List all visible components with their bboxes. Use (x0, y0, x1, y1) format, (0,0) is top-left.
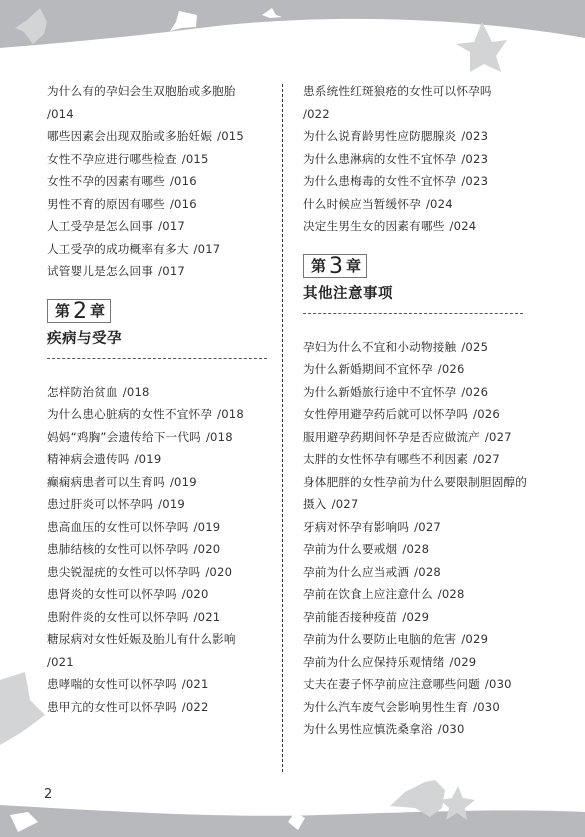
entry-page: /018 (217, 407, 244, 421)
toc-entry[interactable]: 女性停用避孕药后就可以怀孕吗/026 (303, 403, 528, 426)
toc-entry[interactable]: 为什么患梅毒的女性不宜怀孕/023 (303, 170, 528, 193)
entry-page: /029 (450, 655, 477, 669)
toc-entry[interactable]: 孕前为什么要戒烟/028 (303, 538, 528, 561)
toc-entry[interactable]: 为什么男性应慎洗桑拿浴/030 (303, 718, 528, 741)
entry-title: 孕前为什么要戒烟 (303, 542, 397, 556)
entry-page: /030 (438, 722, 465, 736)
chapter-number: 3 (329, 254, 343, 279)
entry-page: /015 (182, 152, 209, 166)
entry-page: /027 (473, 452, 500, 466)
toc-entry[interactable]: 妈妈“鸡胸”会遗传给下一代吗/018 (47, 426, 269, 449)
entry-page: /027 (485, 430, 512, 444)
entry-page: /014 (47, 103, 269, 126)
entry-page: /023 (461, 129, 488, 143)
toc-entry[interactable]: 女性不孕的因素有哪些/016 (47, 170, 269, 193)
toc-entry[interactable]: 女性不孕应进行哪些检查/015 (47, 148, 269, 171)
chapter-title: 其他注意事项 (303, 282, 528, 303)
toc-entry[interactable]: 患甲亢的女性可以怀孕吗/022 (47, 696, 269, 719)
star-icon (390, 780, 445, 817)
entry-title: 孕前为什么应保持乐观情绪 (303, 655, 445, 669)
entry-title: 为什么汽车废气会影响男性生育 (303, 700, 468, 714)
entry-page: /017 (158, 264, 185, 278)
toc-entry[interactable]: 患系统性红斑狼疮的女性可以怀孕吗/022 (303, 80, 528, 125)
entry-page: /021 (47, 651, 269, 674)
entry-page: /020 (205, 565, 232, 579)
entry-title: 孕前为什么应当戒酒 (303, 565, 409, 579)
entry-title: 孕前能否接种疫苗 (303, 610, 397, 624)
toc-entry[interactable]: 孕前在饮食上应注意什么/028 (303, 583, 528, 606)
entry-page: /023 (461, 174, 488, 188)
chapter-prefix: 第 (311, 257, 326, 275)
entry-page: /021 (182, 677, 209, 691)
entry-page: /028 (402, 542, 429, 556)
entry-page: /026 (438, 362, 465, 376)
toc-entry[interactable]: 哪些因素会出现双胎或多胎妊娠/015 (47, 125, 269, 148)
entry-title: 患高血压的女性可以怀孕吗 (47, 520, 189, 534)
entry-page: /024 (426, 197, 453, 211)
toc-entry[interactable]: 人工受孕是怎么回事/017 (47, 215, 269, 238)
chapter-suffix: 章 (90, 302, 105, 320)
entry-page: /016 (170, 174, 197, 188)
star-icon (0, 672, 45, 745)
chapter-rule (303, 313, 523, 314)
toc-entry[interactable]: 为什么说育龄男性应防腮腺炎/023 (303, 125, 528, 148)
entry-title: 患甲亢的女性可以怀孕吗 (47, 700, 177, 714)
toc-entry[interactable]: 患过肝炎可以怀孕吗/019 (47, 493, 269, 516)
entry-title: 患附件炎的女性可以怀孕吗 (47, 610, 189, 624)
toc-entry[interactable]: 身体肥胖的女性孕前为什么要限制胆固醇的摄入/027 (303, 471, 528, 516)
toc-entry[interactable]: 患肾炎的女性可以怀孕吗/020 (47, 583, 269, 606)
entry-page: /020 (182, 587, 209, 601)
toc-entry[interactable]: 孕前为什么应当戒酒/028 (303, 561, 528, 584)
entry-title: 患尖锐湿疣的女性可以怀孕吗 (47, 565, 200, 579)
page-number: 2 (44, 787, 52, 802)
entry-title: 为什么新婚旅行途中不宜怀孕 (303, 385, 456, 399)
entry-title: 为什么患心脏病的女性不宜怀孕 (47, 407, 212, 421)
toc-entry[interactable]: 糖尿病对女性妊娠及胎儿有什么影响/021 (47, 628, 269, 673)
entry-title: 人工受孕的成功概率有多大 (47, 242, 189, 256)
entry-title: 为什么男性应慎洗桑拿浴 (303, 722, 433, 736)
entry-page: /028 (438, 587, 465, 601)
entry-title: 试管婴儿是怎么回事 (47, 264, 153, 278)
entry-page: /029 (402, 610, 429, 624)
entry-title: 人工受孕是怎么回事 (47, 219, 153, 233)
toc-entry[interactable]: 孕妇为什么不宜和小动物接触/025 (303, 336, 528, 359)
toc-entry[interactable]: 孕前为什么要防止电脑的危害/029 (303, 628, 528, 651)
toc-entry[interactable]: 怎样防治贫血/018 (47, 381, 269, 404)
entry-page: /016 (170, 197, 197, 211)
toc-entry[interactable]: 孕前为什么应保持乐观情绪/029 (303, 651, 528, 674)
toc-entry[interactable]: 患尖锐湿疣的女性可以怀孕吗/020 (47, 561, 269, 584)
toc-entry[interactable]: 太胖的女性怀孕有哪些不利因素/027 (303, 448, 528, 471)
toc-entry[interactable]: 决定生男生女的因素有哪些/024 (303, 215, 528, 238)
entry-title: 癫痫病患者可以生育吗 (47, 475, 165, 489)
chapter-prefix: 第 (55, 302, 70, 320)
chapter-label-box: 第2章 (47, 299, 111, 323)
entry-page: /021 (194, 610, 221, 624)
entry-page: /019 (158, 497, 185, 511)
entry-page: /019 (170, 475, 197, 489)
entry-page: /017 (194, 242, 221, 256)
toc-entry[interactable]: 丈夫在妻子怀孕前应注意哪些问题/030 (303, 673, 528, 696)
entry-page: /028 (414, 565, 441, 579)
chapter-label-box: 第3章 (303, 254, 367, 278)
entry-page: /027 (414, 520, 441, 534)
entry-page: /019 (135, 452, 162, 466)
toc-entry[interactable]: 为什么患心脏病的女性不宜怀孕/018 (47, 403, 269, 426)
entry-title: 患肾炎的女性可以怀孕吗 (47, 587, 177, 601)
toc-entry[interactable]: 癫痫病患者可以生育吗/019 (47, 471, 269, 494)
entry-page: /024 (450, 219, 477, 233)
entry-title: 精神病会遗传吗 (47, 452, 130, 466)
entry-title: 患肺结核的女性可以怀孕吗 (47, 542, 189, 556)
entry-title: 丈夫在妻子怀孕前应注意哪些问题 (303, 677, 480, 691)
toc-entry[interactable]: 为什么有的孕妇会生双胞胎或多胞胎/014 (47, 80, 269, 125)
toc-entry[interactable]: 牙病对怀孕有影响吗/027 (303, 516, 528, 539)
entry-title: 哪些因素会出现双胎或多胎妊娠 (47, 129, 212, 143)
entry-title: 糖尿病对女性妊娠及胎儿有什么影响 (47, 632, 236, 646)
toc-entry[interactable]: 为什么新婚旅行途中不宜怀孕/026 (303, 381, 528, 404)
entry-page: /018 (206, 430, 233, 444)
entry-title: 女性不孕应进行哪些检查 (47, 152, 177, 166)
entry-page: /026 (461, 385, 488, 399)
entry-title: 为什么患梅毒的女性不宜怀孕 (303, 174, 456, 188)
entry-page: /022 (303, 103, 528, 126)
entry-title: 怎样防治贫血 (47, 385, 118, 399)
toc-left-column: 为什么有的孕妇会生双胞胎或多胞胎/014 哪些因素会出现双胎或多胎妊娠/015 … (47, 80, 269, 718)
entry-title: 孕妇为什么不宜和小动物接触 (303, 340, 456, 354)
entry-title: 牙病对怀孕有影响吗 (303, 520, 409, 534)
entry-title: 服用避孕药期间怀孕是否应做流产 (303, 430, 480, 444)
toc-entry[interactable]: 人工受孕的成功概率有多大/017 (47, 238, 269, 261)
entry-page: /029 (461, 632, 488, 646)
chapter-suffix: 章 (346, 257, 361, 275)
entry-title: 为什么患淋病的女性不宜怀孕 (303, 152, 456, 166)
toc-entry[interactable]: 患附件炎的女性可以怀孕吗/021 (47, 606, 269, 629)
toc-entry[interactable]: 为什么新婚期间不宜怀孕/026 (303, 358, 528, 381)
entry-page: /026 (473, 407, 500, 421)
entry-title: 孕前为什么要防止电脑的危害 (303, 632, 456, 646)
entry-title: 决定生男生女的因素有哪些 (303, 219, 445, 233)
entry-title: 为什么说育龄男性应防腮腺炎 (303, 129, 456, 143)
entry-page: /015 (217, 129, 244, 143)
entry-page: /019 (194, 520, 221, 534)
entry-page: /020 (194, 542, 221, 556)
entry-title: 妈妈“鸡胸”会遗传给下一代吗 (47, 430, 201, 444)
entry-title: 男性不育的原因有哪些 (47, 197, 165, 211)
toc-right-column: 患系统性红斑狼疮的女性可以怀孕吗/022 为什么说育龄男性应防腮腺炎/023 为… (303, 80, 528, 741)
entry-title: 什么时候应当暂缓怀孕 (303, 197, 421, 211)
entry-page: /017 (158, 219, 185, 233)
entry-page: /030 (473, 700, 500, 714)
toc-entry[interactable]: 什么时候应当暂缓怀孕/024 (303, 193, 528, 216)
entry-title: 患系统性红斑狼疮的女性可以怀孕吗 (303, 84, 492, 98)
toc-entry[interactable]: 试管婴儿是怎么回事/017 (47, 260, 269, 283)
toc-entry[interactable]: 男性不育的原因有哪些/016 (47, 193, 269, 216)
chapter-2-heading: 第2章 疾病与受孕 (47, 299, 269, 359)
toc-entry[interactable]: 精神病会遗传吗/019 (47, 448, 269, 471)
chapter-3-heading: 第3章 其他注意事项 (303, 254, 528, 314)
entry-title: 为什么新婚期间不宜怀孕 (303, 362, 433, 376)
entry-page: /030 (485, 677, 512, 691)
toc-entry[interactable]: 为什么汽车废气会影响男性生育/030 (303, 696, 528, 719)
toc-entry[interactable]: 患哮喘的女性可以怀孕吗/021 (47, 673, 269, 696)
toc-entry[interactable]: 为什么患淋病的女性不宜怀孕/023 (303, 148, 528, 171)
toc-entry[interactable]: 患高血压的女性可以怀孕吗/019 (47, 516, 269, 539)
entry-page: /022 (182, 700, 209, 714)
toc-entry[interactable]: 服用避孕药期间怀孕是否应做流产/027 (303, 426, 528, 449)
entry-page: /018 (123, 385, 150, 399)
entry-title: 女性停用避孕药后就可以怀孕吗 (303, 407, 468, 421)
entry-page: /023 (461, 152, 488, 166)
entry-title: 孕前在饮食上应注意什么 (303, 587, 433, 601)
entry-page: /025 (461, 340, 488, 354)
toc-entry[interactable]: 患肺结核的女性可以怀孕吗/020 (47, 538, 269, 561)
toc-entry[interactable]: 孕前能否接种疫苗/029 (303, 606, 528, 629)
entry-title: 太胖的女性怀孕有哪些不利因素 (303, 452, 468, 466)
chapter-rule (47, 358, 267, 359)
chapter-title: 疾病与受孕 (47, 327, 269, 348)
star-icon (456, 22, 507, 72)
column-divider (282, 84, 283, 772)
entry-page: /027 (332, 497, 359, 511)
entry-title: 女性不孕的因素有哪些 (47, 174, 165, 188)
entry-title: 患过肝炎可以怀孕吗 (47, 497, 153, 511)
entry-title: 为什么有的孕妇会生双胞胎或多胞胎 (47, 84, 236, 98)
chapter-number: 2 (73, 299, 87, 324)
entry-title: 患哮喘的女性可以怀孕吗 (47, 677, 177, 691)
